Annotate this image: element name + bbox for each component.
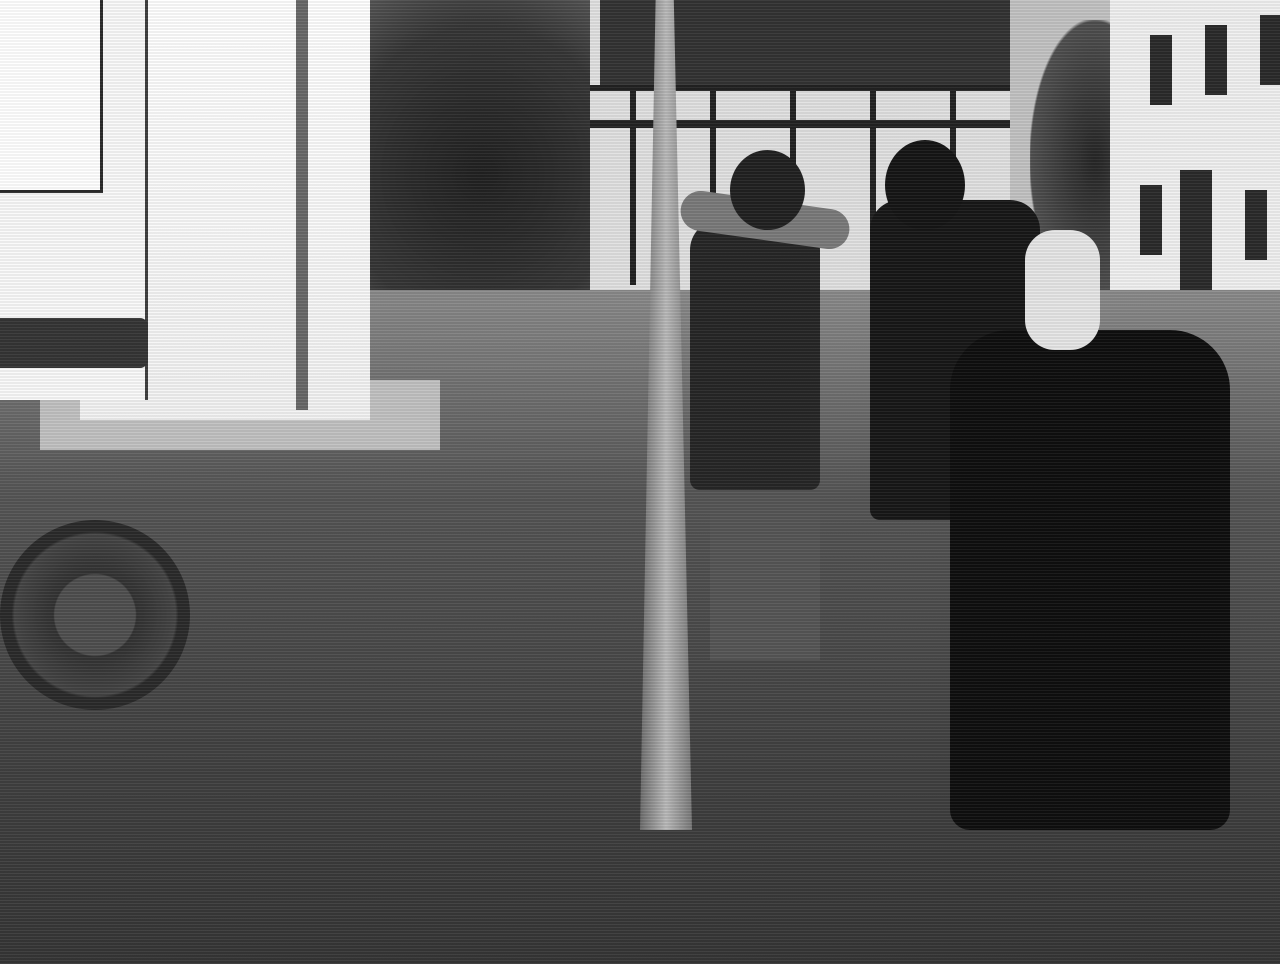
photograph: Grainy black-and-white photograph of men… [0,0,1280,964]
scan-noise [0,0,1280,964]
